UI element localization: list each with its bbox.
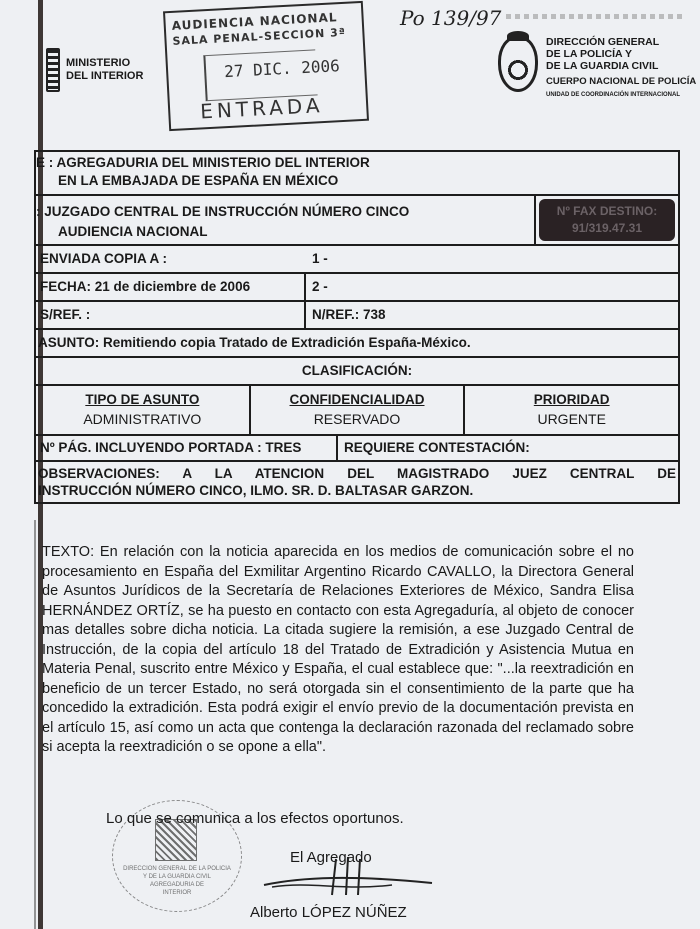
classification-row: TIPO DE ASUNTO ADMINISTRATIVO CONFIDENCI… (34, 386, 680, 436)
faint-fax-header-line (506, 14, 686, 19)
policia-logo-block: DIRECCIÓN GENERAL DE LA POLICÍA Y DE LA … (498, 36, 696, 101)
date-row: FECHA: 21 de diciembre de 2006 2 - (34, 274, 680, 302)
seal-text-2: Y DE LA GUARDIA CIVIL (123, 873, 231, 881)
observations-line-1: OBSERVACIONES: A LA ATENCION DEL MAGISTR… (38, 465, 676, 482)
classification-heading: CLASIFICACIÓN: (34, 358, 680, 386)
sender-row: E : AGREGADURIA DEL MINISTERIO DEL INTER… (34, 150, 680, 196)
cuerpo-nacional: CUERPO NACIONAL DE POLICÍA (546, 76, 696, 88)
reply-required: REQUIERE CONTESTACIÓN: (338, 436, 678, 460)
columns-emblem-icon (46, 48, 60, 92)
recipient-line-2: AUDIENCIA NACIONAL (36, 222, 534, 242)
nref-field: N/REF.: 738 (306, 302, 678, 328)
reference-row: S/REF. : N/REF.: 738 (34, 302, 680, 330)
unidad-coordinacion: UNIDAD DE COORDINACIÓN INTERNACIONAL (546, 89, 696, 101)
closing-line: Lo que se comunica a los efectos oportun… (106, 810, 404, 827)
seal-text-3: AGREGADURIA DE (123, 881, 231, 889)
direccion-line-1: DIRECCIÓN GENERAL (546, 36, 696, 48)
binder-edge-line-secondary (34, 520, 36, 929)
direccion-line-3: DE LA GUARDIA CIVIL (546, 60, 696, 72)
copy-1: 1 - (306, 246, 678, 272)
signer-name: Alberto LÓPEZ NÚÑEZ (250, 904, 407, 921)
copy-label: ENVIADA COPIA A : (36, 246, 306, 272)
confidencialidad-label: CONFIDENCIALIDAD (251, 392, 464, 407)
sender-line-2: EN LA EMBAJADA DE ESPAÑA EN MÉXICO (36, 172, 678, 190)
recipient-row: : JUZGADO CENTRAL DE INSTRUCCIÓN NÚMERO … (34, 196, 680, 246)
fax-document-page: MINISTERIO DEL INTERIOR AUDIENCIA NACION… (0, 0, 700, 929)
confidencialidad-value: RESERVADO (251, 411, 464, 427)
sender-line-1: E : AGREGADURIA DEL MINISTERIO DEL INTER… (36, 154, 678, 172)
subject-row: ASUNTO: Remitiendo copia Tratado de Extr… (34, 330, 680, 358)
fax-number: 91/319.47.31 (547, 220, 667, 237)
body-text: TEXTO: En relación con la noticia aparec… (42, 543, 634, 758)
ministerio-line-2: DEL INTERIOR (66, 70, 143, 83)
recipient-line-1: : JUZGADO CENTRAL DE INSTRUCCIÓN NÚMERO … (36, 202, 534, 222)
direccion-line-2: DE LA POLICÍA Y (546, 48, 696, 60)
handwritten-reference: Po 139/97 (400, 6, 501, 30)
reception-stamp: AUDIENCIA NACIONAL SALA PENAL-SECCION 3ª… (163, 1, 369, 131)
seal-text-1: DIRECCION GENERAL DE LA POLICIA (123, 865, 231, 873)
tipo-asunto-cell: TIPO DE ASUNTO ADMINISTRATIVO (36, 386, 251, 434)
tipo-asunto-label: TIPO DE ASUNTO (36, 392, 249, 407)
prioridad-cell: PRIORIDAD URGENTE (465, 386, 678, 434)
fax-cover-form: E : AGREGADURIA DEL MINISTERIO DEL INTER… (34, 150, 680, 504)
fax-destination-redacted: Nº FAX DESTINO: 91/319.47.31 (539, 199, 675, 241)
pages-row: Nº PÁG. INCLUYENDO PORTADA : TRES REQUIE… (34, 436, 680, 462)
prioridad-label: PRIORIDAD (465, 392, 678, 407)
sref-field: S/REF. : (36, 302, 306, 328)
confidencialidad-cell: CONFIDENCIALIDAD RESERVADO (251, 386, 466, 434)
stamp-entrada: ENTRADA (200, 93, 324, 123)
page-count: Nº PÁG. INCLUYENDO PORTADA : TRES (36, 436, 338, 460)
handwritten-signature (262, 855, 434, 897)
copy-row: ENVIADA COPIA A : 1 - (34, 246, 680, 274)
observations-row: OBSERVACIONES: A LA ATENCION DEL MAGISTR… (34, 462, 680, 504)
seal-text-4: INTERIOR (123, 889, 231, 897)
ministerio-line-1: MINISTERIO (66, 57, 143, 70)
date-field: FECHA: 21 de diciembre de 2006 (36, 274, 306, 300)
tipo-asunto-value: ADMINISTRATIVO (36, 411, 249, 427)
prioridad-value: URGENTE (465, 411, 678, 427)
fax-label: Nº FAX DESTINO: (547, 203, 667, 220)
ministerio-logo: MINISTERIO DEL INTERIOR (46, 48, 143, 92)
observations-line-2: INSTRUCCIÓN NÚMERO CINCO, ILMO. SR. D. B… (38, 483, 473, 498)
copy-2: 2 - (306, 274, 678, 300)
police-crest-icon (498, 36, 538, 92)
